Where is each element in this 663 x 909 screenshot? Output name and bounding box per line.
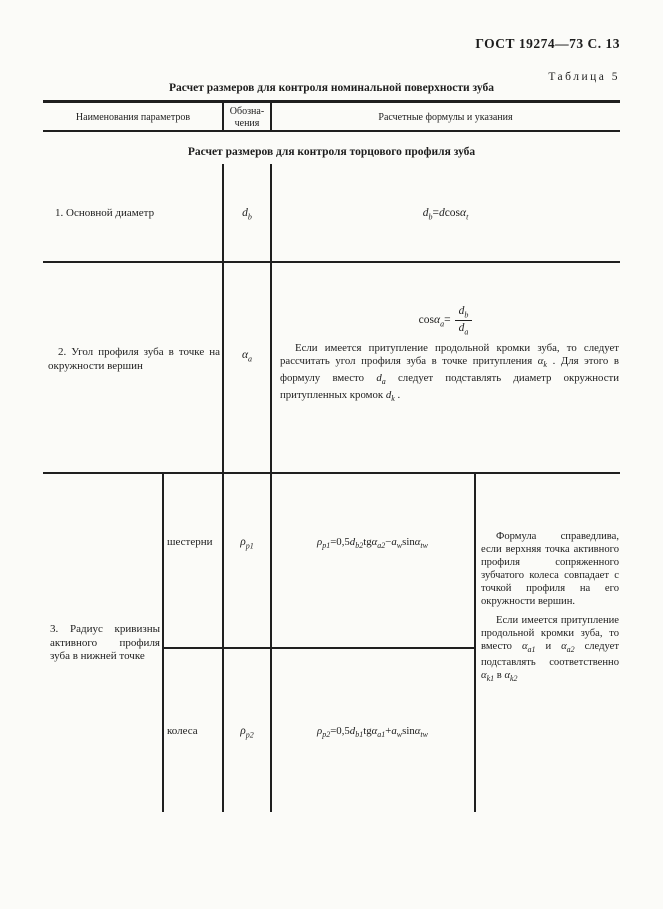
table-top-rule [43,100,620,103]
row3-subrow-divider [162,647,476,649]
row3-column-divider-2 [270,472,272,812]
column-header-symbol-line2: чения [235,118,260,129]
row2-formula-fraction: dbda [455,305,473,337]
column-header-symbol-line1: Обозна- [230,106,264,117]
row1-formula: db=dcosαt [271,207,620,224]
row3-subrow2-symbol: ρp2 [223,725,271,742]
row-divider-1 [43,261,620,263]
row1-symbol: db [223,207,271,224]
row2-name: 2. Угол профиля зуба в точке на окружнос… [48,346,220,373]
column-header-formula: Расчетные формулы и указания [271,112,620,124]
section-title: Расчет размеров для контроля торцового п… [43,146,620,160]
row3-note-1: Формула справедлива, если верхняя точка … [481,530,619,608]
row3-subrow2-label: колеса [167,725,219,739]
column-header-name: Наименования параметров [43,112,223,124]
row2-note: Если имеется притупление продольной кром… [280,342,619,405]
row1-name: 1. Основной диаметр [55,207,220,221]
row2-formula-lhs: cosαa= [419,314,451,328]
row3-subrow1-label: шестерни [167,536,219,550]
row3-sublabel-divider [162,472,164,812]
row3-notes-divider [474,472,476,812]
table-title: Расчет размеров для контроля номинальной… [43,82,620,96]
row3-column-divider-1 [222,472,224,812]
gost-header: ГОСТ 19274—73 С. 13 [300,37,620,51]
table-header-bottom-rule [43,130,620,132]
row2-symbol: αa [223,349,271,366]
row3-name: 3. Радиус кривизны активного профиля зуб… [50,623,160,664]
document-page: ГОСТ 19274—73 С. 13 Таблица 5 Расчет раз… [0,0,663,909]
row3-subrow1-symbol: ρp1 [223,536,271,553]
row-divider-2 [43,472,620,474]
row3-notes: Формула справедлива, если верхняя точка … [481,530,619,688]
row2-formula: cosαa=dbda [271,305,620,337]
row3-subrow2-formula: ρp2=0,5db1tgαa1+awsinαtw [271,725,474,742]
row3-note-2: Если имеется притупление продольной кром… [481,614,619,685]
row2-formula-denominator: da [455,321,473,336]
column-header-symbol: Обозна- чения [223,106,271,130]
row3-subrow1-formula: ρp1=0,5db2tgαa2−awsinαtw [271,536,474,553]
row2-formula-numerator: db [455,305,473,321]
